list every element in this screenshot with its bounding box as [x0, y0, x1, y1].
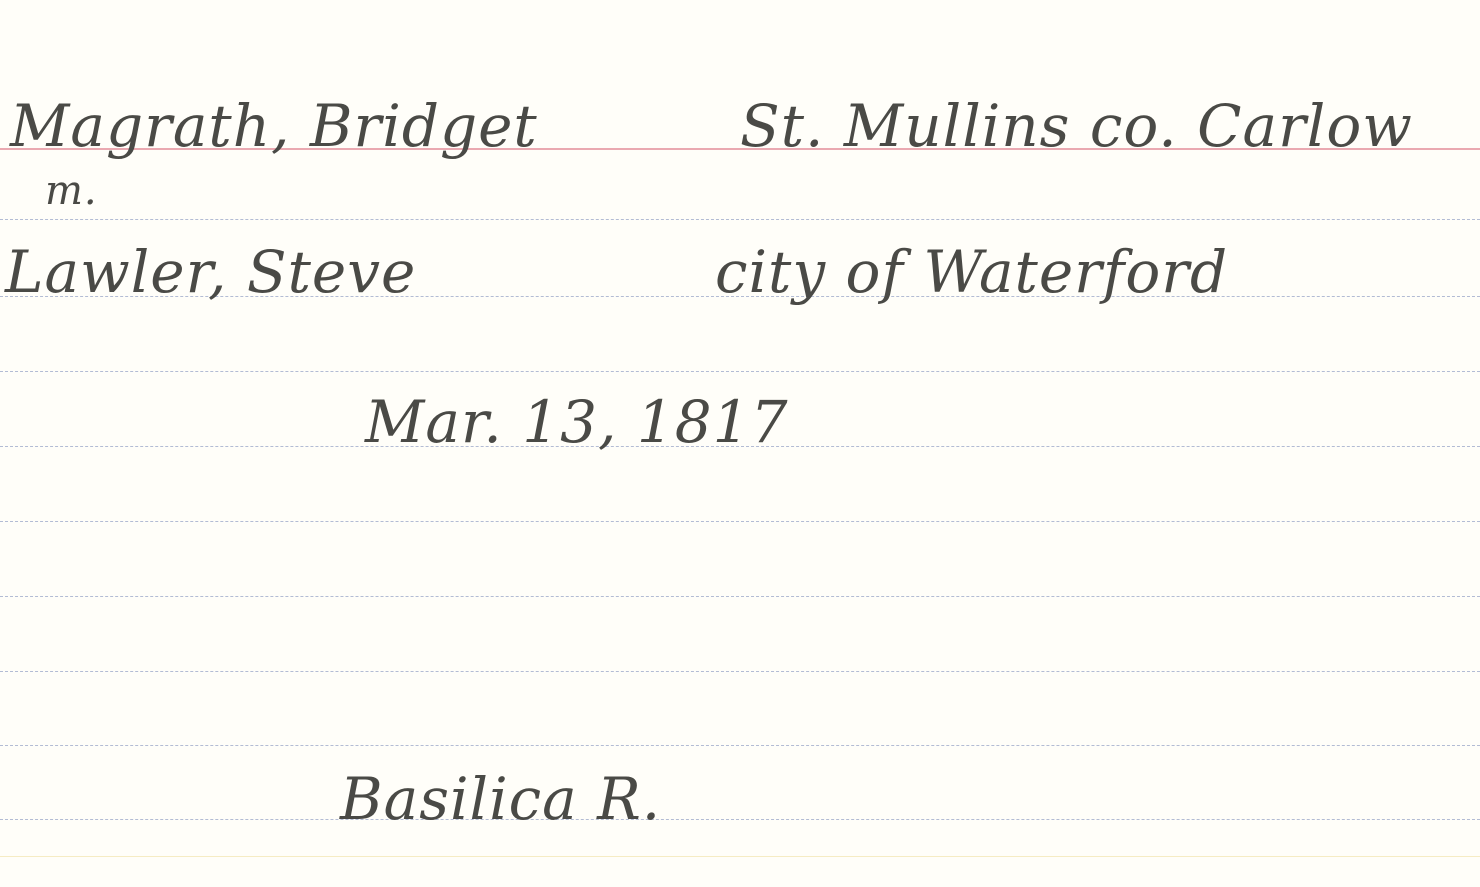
card-edge-line [0, 856, 1480, 857]
index-card: Magrath, Bridget St. Mullins co. Carlow … [0, 0, 1480, 887]
bride-place: St. Mullins co. Carlow [740, 92, 1413, 160]
marriage-date: Mar. 13, 1817 [365, 388, 788, 456]
ruled-line [0, 371, 1480, 372]
ruled-line [0, 745, 1480, 746]
married-marker: m. [45, 168, 98, 214]
groom-name: Lawler, Steve [5, 238, 416, 306]
ruled-line [0, 219, 1480, 220]
ruled-line [0, 521, 1480, 522]
bride-name: Magrath, Bridget [10, 92, 538, 160]
groom-place: city of Waterford [715, 238, 1228, 306]
ruled-line [0, 671, 1480, 672]
ruled-line [0, 596, 1480, 597]
church-name: Basilica R. [340, 765, 661, 833]
ruled-line [0, 819, 1480, 820]
